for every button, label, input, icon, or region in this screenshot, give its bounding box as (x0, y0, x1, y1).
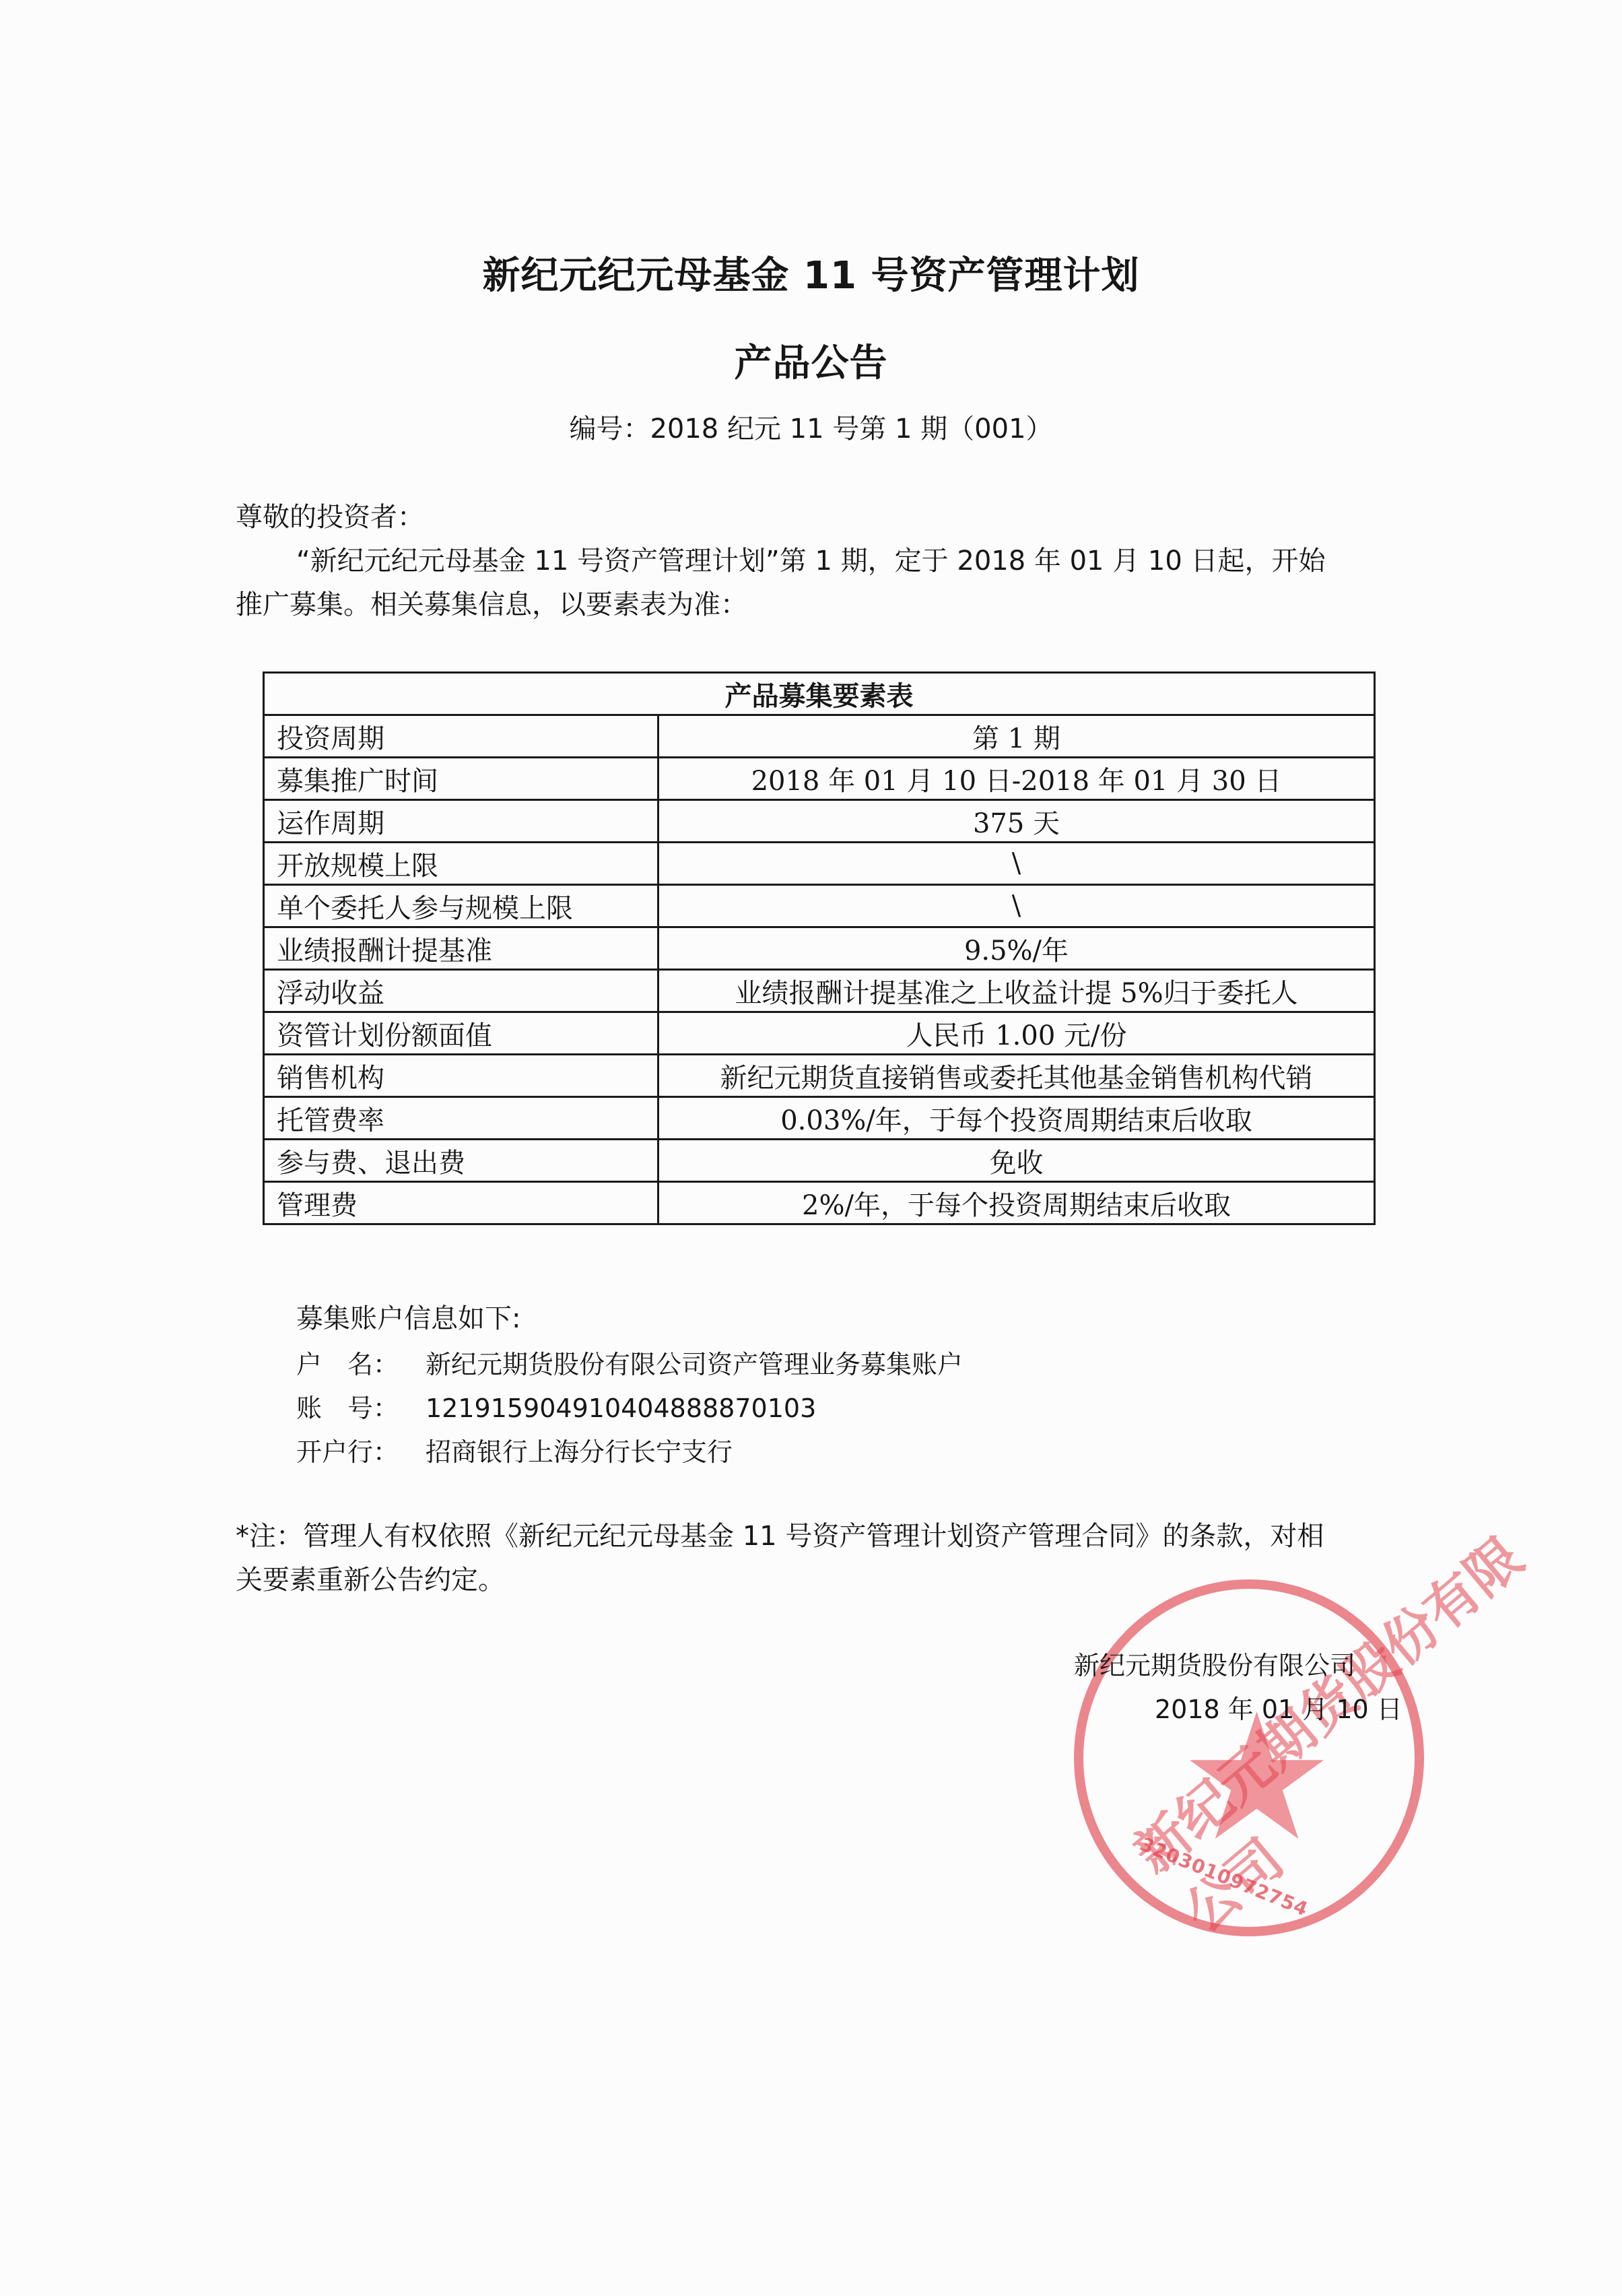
row-key: 管理费 (264, 1182, 658, 1224)
row-key: 参与费、退出费 (264, 1140, 658, 1182)
account-number-label: 账 号： (296, 1387, 426, 1424)
table-row: 资管计划份额面值人民币 1.00 元/份 (264, 1012, 1375, 1055)
row-value: 9.5%/年 (658, 927, 1375, 970)
document-subtitle: 产品公告 (0, 333, 1622, 387)
row-value: 免收 (658, 1140, 1375, 1182)
table-row: 单个委托人参与规模上限\ (264, 885, 1375, 927)
row-key: 单个委托人参与规模上限 (264, 885, 658, 927)
table-row: 管理费2%/年，于每个投资周期结束后收取 (264, 1182, 1375, 1224)
row-value: 2%/年，于每个投资周期结束后收取 (658, 1182, 1375, 1224)
row-key: 托管费率 (264, 1097, 658, 1140)
account-bank-row: 开户行：招商银行上海分行长宁支行 (296, 1431, 733, 1468)
table-row: 参与费、退出费免收 (264, 1140, 1375, 1182)
row-key: 业绩报酬计提基准 (264, 927, 658, 970)
table-row: 募集推广时间2018 年 01 月 10 日-2018 年 01 月 30 日 (264, 758, 1375, 800)
row-key: 销售机构 (264, 1055, 658, 1097)
table-row: 托管费率0.03%/年，于每个投资周期结束后收取 (264, 1097, 1375, 1140)
table-row: 投资周期第 1 期 (264, 715, 1375, 758)
row-key: 资管计划份额面值 (264, 1012, 658, 1055)
row-value: 第 1 期 (658, 715, 1375, 758)
row-key: 投资周期 (264, 715, 658, 758)
table-row: 浮动收益业绩报酬计提基准之上收益计提 5%归于委托人 (264, 970, 1375, 1012)
table-row: 业绩报酬计提基准9.5%/年 (264, 927, 1375, 970)
account-name-row: 户 名：新纪元期货股份有限公司资产管理业务募集账户 (296, 1344, 963, 1381)
account-name-value: 新纪元期货股份有限公司资产管理业务募集账户 (426, 1350, 963, 1379)
account-bank-value: 招商银行上海分行长宁支行 (426, 1437, 733, 1467)
row-value: 新纪元期货直接销售或委托其他基金销售机构代销 (658, 1055, 1375, 1097)
document-title: 新纪元纪元母基金 11 号资产管理计划 (0, 246, 1622, 300)
row-key: 运作周期 (264, 800, 658, 843)
row-key: 浮动收益 (264, 970, 658, 1012)
table-caption: 产品募集要素表 (264, 673, 1375, 715)
intro-line-1: “新纪元纪元母基金 11 号资产管理计划”第 1 期，定于 2018 年 01 … (296, 539, 1326, 583)
elements-table: 产品募集要素表 投资周期第 1 期 募集推广时间2018 年 01 月 10 日… (263, 671, 1376, 1225)
account-number-row: 账 号：121915904910404888870103 (296, 1387, 816, 1424)
account-heading: 募集账户信息如下: (296, 1297, 520, 1341)
account-number-value: 121915904910404888870103 (426, 1393, 816, 1423)
row-value: \ (658, 885, 1375, 927)
row-value: \ (658, 843, 1375, 885)
table-row: 销售机构新纪元期货直接销售或委托其他基金销售机构代销 (264, 1055, 1375, 1097)
signature-company: 新纪元期货股份有限公司 (1074, 1643, 1355, 1688)
row-value: 375 天 (658, 800, 1375, 843)
row-value: 0.03%/年，于每个投资周期结束后收取 (658, 1097, 1375, 1140)
row-key: 募集推广时间 (264, 758, 658, 800)
table-row: 开放规模上限\ (264, 843, 1375, 885)
account-bank-label: 开户行： (296, 1431, 426, 1468)
table-row: 运作周期375 天 (264, 800, 1375, 843)
intro-line-2: 推广募集。相关募集信息，以要素表为准： (236, 583, 747, 627)
note-line-1: *注：管理人有权依照《新纪元纪元母基金 11 号资产管理计划资产管理合同》的条款… (236, 1514, 1324, 1559)
row-value: 2018 年 01 月 10 日-2018 年 01 月 30 日 (658, 758, 1375, 800)
salutation: 尊敬的投资者： (236, 495, 424, 539)
account-name-label: 户 名： (296, 1344, 426, 1381)
signature-date: 2018 年 01 月 10 日 (1155, 1687, 1403, 1732)
row-key: 开放规模上限 (264, 843, 658, 885)
note-line-2: 关要素重新公告约定。 (236, 1558, 505, 1602)
row-value: 业绩报酬计提基准之上收益计提 5%归于委托人 (658, 970, 1375, 1012)
serial-number: 编号：2018 纪元 11 号第 1 期（001） (0, 407, 1622, 446)
row-value: 人民币 1.00 元/份 (658, 1012, 1375, 1055)
